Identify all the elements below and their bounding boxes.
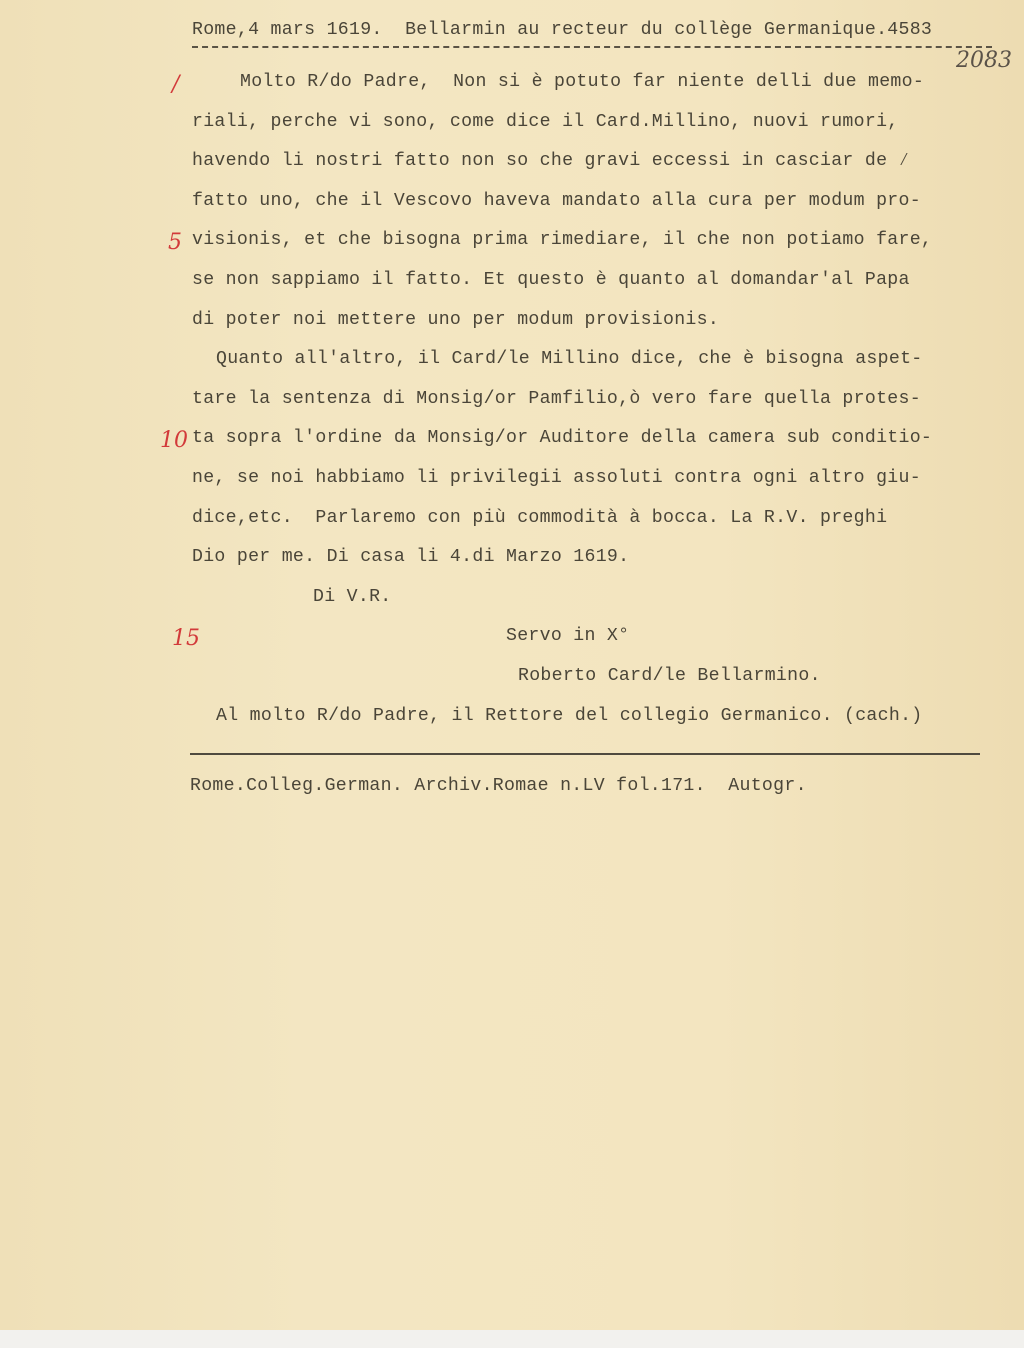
margin-line-number-10: 10 bbox=[160, 428, 188, 453]
body-line: ta sopra l'ordine da Monsig/or Auditore … bbox=[192, 428, 932, 448]
body-line: se non sappiamo il fatto. Et questo è qu… bbox=[192, 270, 910, 290]
body-line: Quanto all'altro, il Card/le Millino dic… bbox=[216, 349, 923, 369]
body-line: Dio per me. Di casa li 4.di Marzo 1619. bbox=[192, 547, 629, 567]
margin-line-number-15: 15 bbox=[172, 626, 200, 651]
address-line: Al molto R/do Padre, il Rettore del coll… bbox=[216, 706, 923, 726]
header-dashed-underline bbox=[192, 46, 992, 48]
body-line: havendo li nostri fatto non so che gravi… bbox=[192, 151, 910, 171]
separator-rule bbox=[190, 753, 980, 755]
document-page: Rome,4 mars 1619. Bellarmin au recteur d… bbox=[0, 0, 1024, 1330]
source-note: Rome.Colleg.German. Archiv.Romae n.LV fo… bbox=[190, 776, 807, 796]
body-line: dice,etc. Parlaremo con più commodità à … bbox=[192, 508, 887, 528]
body-line: ne, se noi habbiamo li privilegii assolu… bbox=[192, 468, 921, 488]
body-line: riali, perche vi sono, come dice il Card… bbox=[192, 112, 899, 132]
body-line: Molto R/do Padre, Non si è potuto far ni… bbox=[240, 72, 924, 92]
margin-line-number-1: / bbox=[172, 72, 179, 97]
body-line: visionis, et che bisogna prima rimediare… bbox=[192, 230, 932, 250]
body-line: fatto uno, che il Vescovo haveva mandato… bbox=[192, 191, 921, 211]
closing-salutation: Di V.R. bbox=[313, 587, 392, 607]
closing-servo: Servo in X° bbox=[506, 626, 629, 646]
document-header: Rome,4 mars 1619. Bellarmin au recteur d… bbox=[192, 20, 932, 40]
body-line: di poter noi mettere uno per modum provi… bbox=[192, 310, 719, 330]
body-line: tare la sentenza di Monsig/or Pamfilio,ò… bbox=[192, 389, 921, 409]
signature: Roberto Card/le Bellarmino. bbox=[518, 666, 821, 686]
margin-line-number-5: 5 bbox=[168, 230, 182, 255]
handwritten-archive-number: 2083 bbox=[956, 48, 1012, 73]
